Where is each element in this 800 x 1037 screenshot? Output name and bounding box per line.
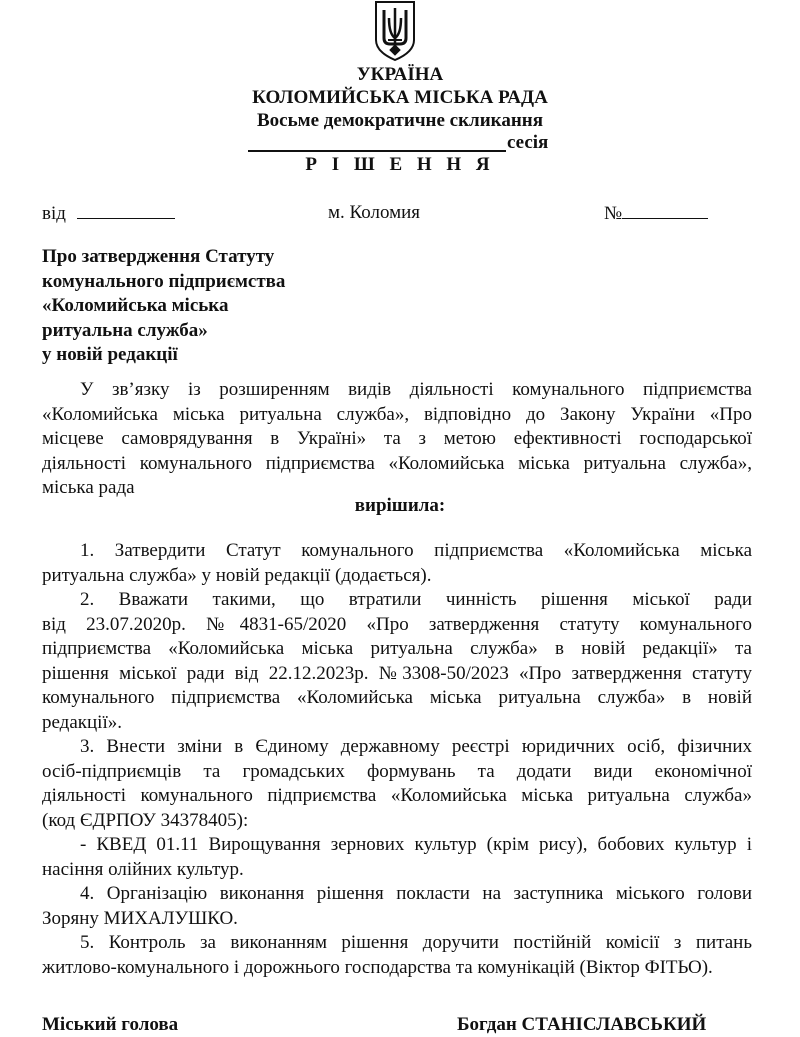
text-line: «Коломийська міська ритуальна служба», в… xyxy=(42,403,752,428)
title-line: у новій редакції xyxy=(42,343,285,368)
date-blank xyxy=(77,202,175,219)
session-number-blank xyxy=(248,150,506,152)
title-line: ритуальна служба» xyxy=(42,319,285,344)
text-line: місцеве самоврядування в Україні» та з м… xyxy=(42,427,752,452)
item-2-line: редакції». xyxy=(42,711,752,736)
item-2-line: підприємства «Коломийська міська ритуаль… xyxy=(42,637,752,662)
item-4-line: Зоряну МИХАЛУШКО. xyxy=(42,907,752,932)
session-label: сесія xyxy=(507,132,548,154)
item-2-line: рішення міської ради від 22.12.2023р. №3… xyxy=(42,662,752,687)
kved-line: - КВЕД 01.11 Вирощування зернових культу… xyxy=(42,833,752,858)
item-5-line: 5. Контроль за виконанням рішення доручи… xyxy=(42,931,752,956)
item-1-line: ритуальна служба» у новій редакції (дода… xyxy=(42,564,752,589)
signature-position: Міський голова xyxy=(42,1014,178,1036)
resolved-heading: вирішила: xyxy=(0,495,800,517)
preamble-paragraph: У зв’язку із розширенням видів діяльност… xyxy=(42,378,752,501)
decision-title: Про затвердження Статуту комунального пі… xyxy=(42,245,285,368)
text-line: діяльності комунального підприємства «Ко… xyxy=(42,452,752,477)
item-1-line: 1. Затвердити Статут комунального підпри… xyxy=(42,539,752,564)
document-type-heading: Р І Ш Е Н Н Я xyxy=(305,154,494,176)
country-heading: УКРАЇНА xyxy=(357,64,444,86)
text-line: У зв’язку із розширенням видів діяльност… xyxy=(42,378,752,403)
item-3-line: діяльності комунального підприємства «Ко… xyxy=(42,784,752,809)
title-line: «Коломийська міська xyxy=(42,294,285,319)
date-field: від xyxy=(42,202,175,225)
kved-line: насіння олійних культур. xyxy=(42,858,752,883)
council-heading: КОЛОМИЙСЬКА МІСЬКА РАДА xyxy=(252,87,548,109)
tryzub-emblem-icon xyxy=(372,0,418,62)
signature-name: Богдан СТАНІСЛАВСЬКИЙ xyxy=(457,1014,706,1036)
item-5-line: житлово-комунального і дорожнього господ… xyxy=(42,956,752,981)
convocation-heading: Восьме демократичне скликання xyxy=(257,110,543,132)
item-2-line: від 23.07.2020р. №4831-65/2020 «Про затв… xyxy=(42,613,752,638)
date-label: від xyxy=(42,203,66,224)
item-3-line: 3. Внести зміни в Єдиному державному реє… xyxy=(42,735,752,760)
item-3-line: (код ЄДРПОУ 34378405): xyxy=(42,809,752,834)
item-3-line: осіб-підприємців та громадських формуван… xyxy=(42,760,752,785)
city-label: м. Коломия xyxy=(328,202,420,224)
item-2-line: комунального підприємства «Коломийська м… xyxy=(42,686,752,711)
number-field: № xyxy=(604,202,708,225)
item-2-line: 2. Вважати такими, що втратили чинність … xyxy=(42,588,752,613)
title-line: Про затвердження Статуту xyxy=(42,245,285,270)
resolution-items: 1. Затвердити Статут комунального підпри… xyxy=(42,539,752,980)
title-line: комунального підприємства xyxy=(42,270,285,295)
item-4-line: 4. Організацію виконання рішення покласт… xyxy=(42,882,752,907)
number-label: № xyxy=(604,203,622,224)
number-blank xyxy=(622,202,708,219)
